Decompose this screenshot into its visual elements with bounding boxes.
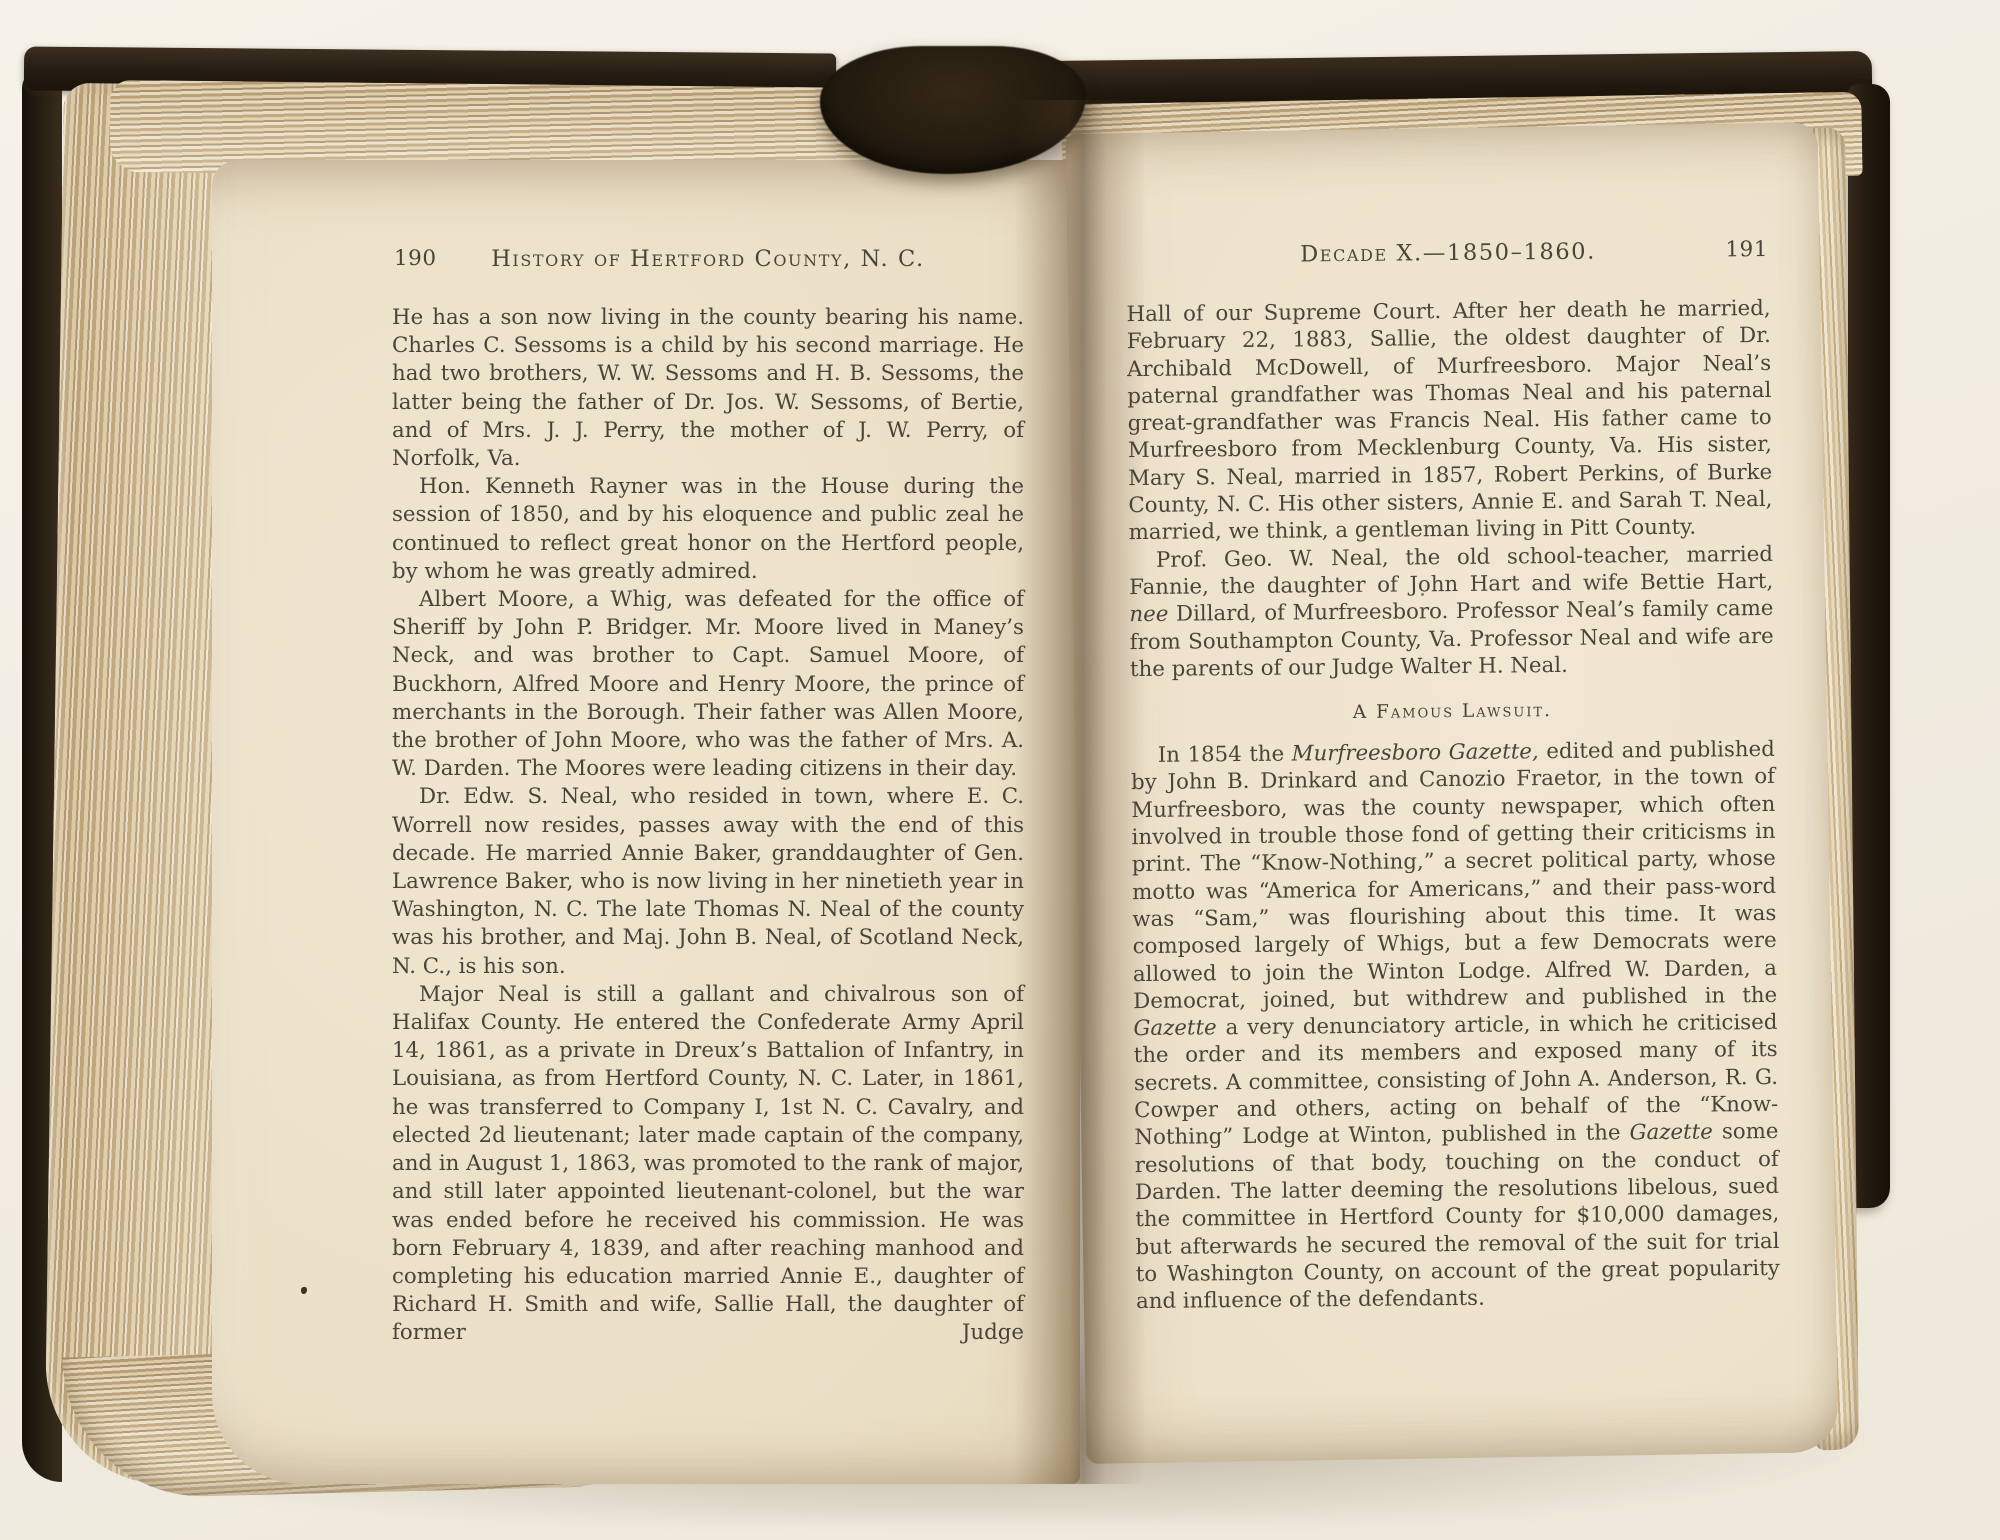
- running-title-left: History of Hertford County, N. C.: [392, 246, 1024, 272]
- book-scan-photo: { "colors": { "background": "#f2ede3", "…: [0, 0, 2000, 1540]
- page-191-text: Decade X.—1850–1860. 191 Hall of our Sup…: [1126, 237, 1780, 1316]
- paragraph: Hall of our Supreme Court. After her dea…: [1126, 295, 1772, 547]
- paragraph: Hon. Kenneth Rayner was in the House dur…: [392, 473, 1024, 586]
- page-191-header: Decade X.—1850–1860. 191: [1126, 237, 1770, 275]
- section-heading-a-famous-lawsuit: A Famous Lawsuit.: [1130, 698, 1774, 725]
- page-number-191: 191: [1725, 237, 1768, 262]
- running-title-right: Decade X.—1850–1860.: [1126, 237, 1770, 269]
- page-191-body: Hall of our Supreme Court. After her dea…: [1126, 295, 1780, 1316]
- paragraph: Albert Moore, a Whig, was defeated for t…: [392, 586, 1024, 783]
- page-190-header: 190 History of Hertford County, N. C.: [392, 246, 1024, 278]
- paragraph: Prof. Geo. W. Neal, the old school-teach…: [1129, 541, 1774, 684]
- page-number-190: 190: [394, 246, 437, 271]
- paragraph: Dr. Edw. S. Neal, who resided in town, w…: [392, 783, 1024, 980]
- worn-spine-notch: [820, 46, 1086, 174]
- page-190-text: 190 History of Hertford County, N. C. He…: [392, 246, 1024, 1348]
- page-190-body: He has a son now living in the county be…: [392, 304, 1024, 1348]
- paragraph: In 1854 the Murfreesboro Gazette, edited…: [1131, 736, 1780, 1315]
- paragraph: He has a son now living in the county be…: [392, 304, 1024, 473]
- paragraph: Major Neal is still a gallant and chival…: [392, 981, 1024, 1348]
